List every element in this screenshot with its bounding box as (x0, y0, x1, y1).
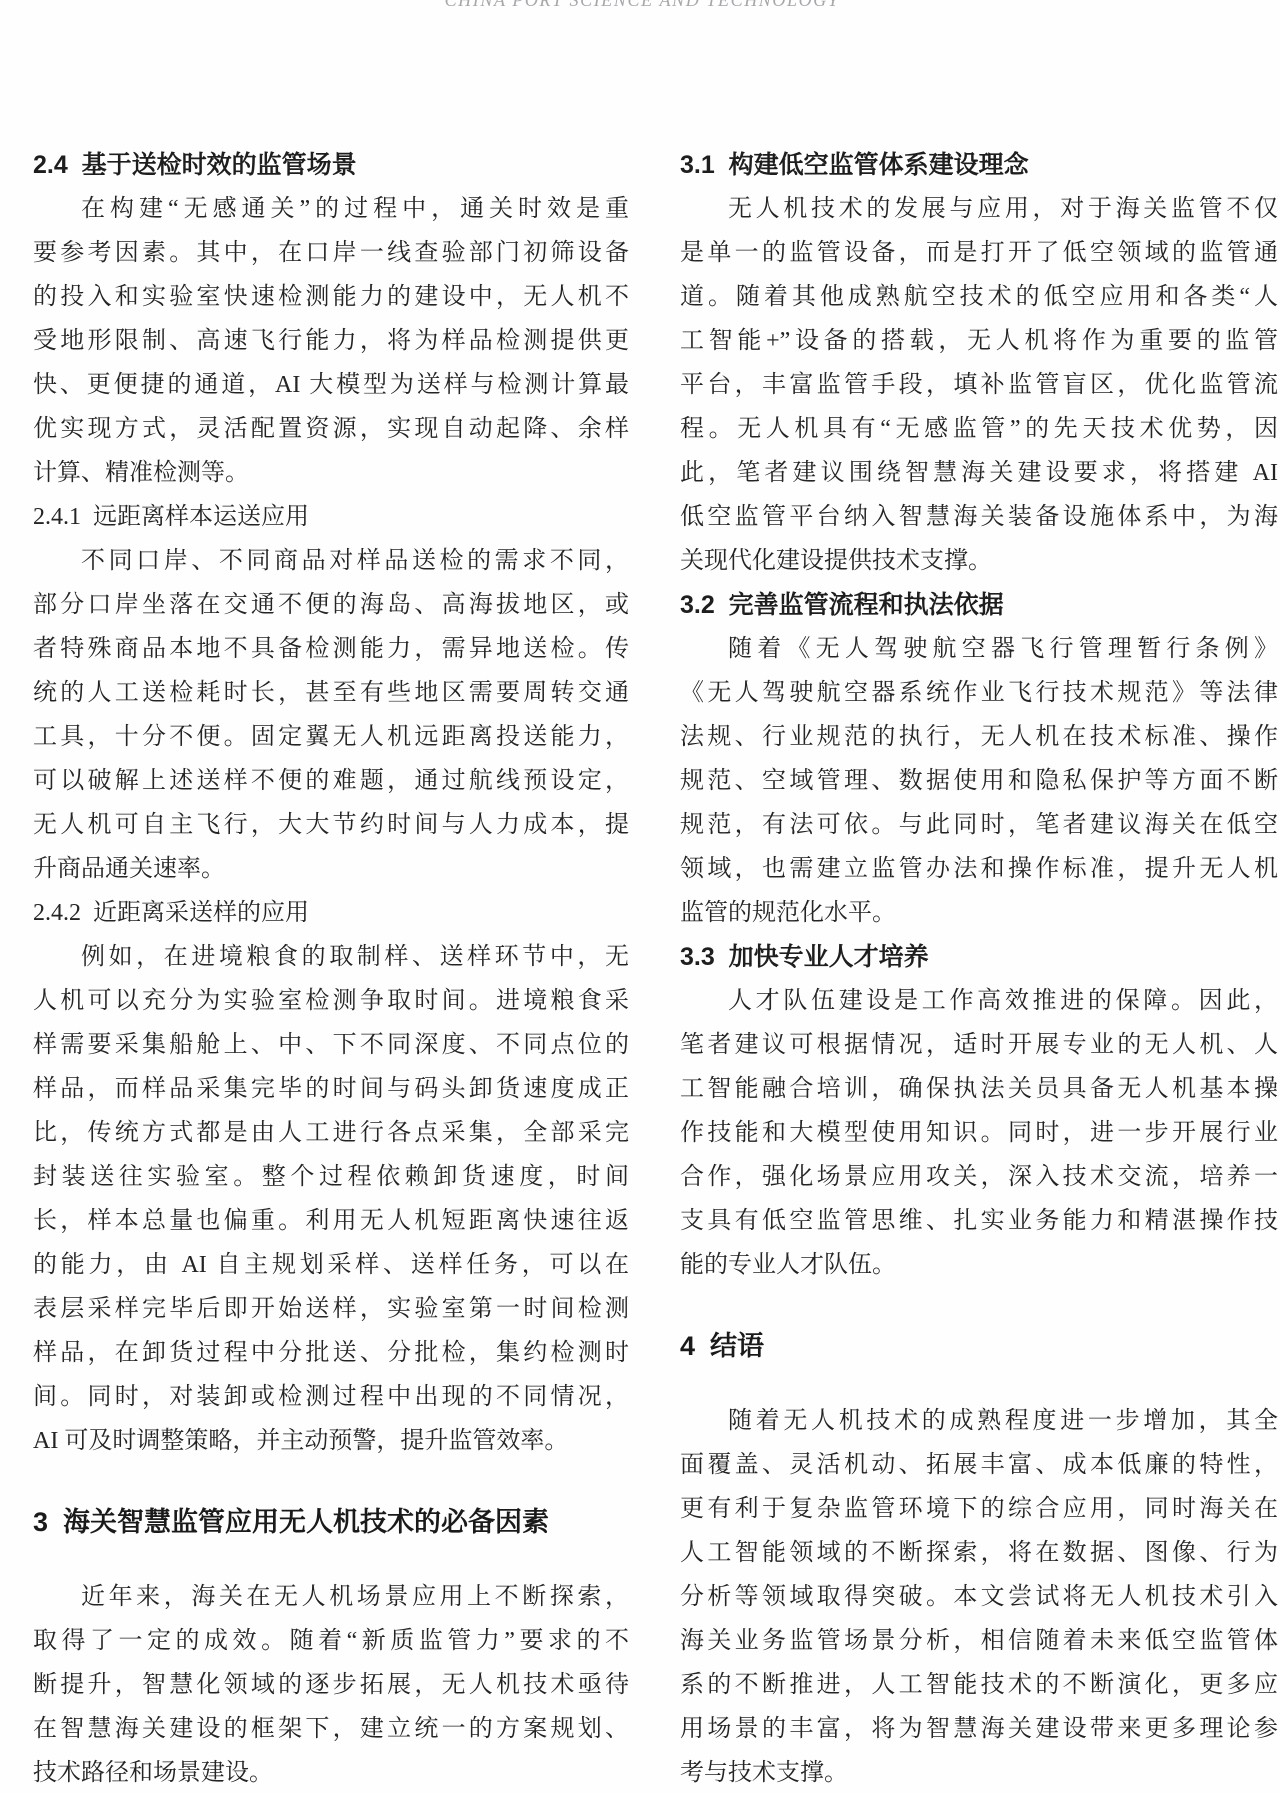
paragraph-3-3: 人才队伍建设是工作高效推进的保障。因此，笔者建议可根据情况，适时开展专业的无人机… (680, 979, 1278, 1287)
text-line: 长，样本总量也偏重。利用无人机短距离快速往返 (33, 1199, 629, 1243)
text-line: 法规、行业规范的执行，无人机在技术标准、操作 (680, 715, 1278, 759)
text-line: 工智能融合培训，确保执法关员具备无人机基本操 (680, 1067, 1278, 1111)
text-line: 能的专业人才队伍。 (680, 1243, 1278, 1287)
text-line: 计算、精准检测等。 (33, 451, 629, 495)
text-line: 样品，在卸货过程中分批送、分批检，集约检测时 (33, 1331, 629, 1375)
text-line: 更有利于复杂监管环境下的综合应用，同时海关在 (680, 1487, 1278, 1531)
text-line: 人机可以充分为实验室检测争取时间。进境粮食采 (33, 979, 629, 1023)
paragraph-section-4: 随着无人机技术的成熟程度进一步增加，其全面覆盖、灵活机动、拓展丰富、成本低廉的特… (680, 1399, 1278, 1793)
text-line: 低空监管平台纳入智慧海关装备设施体系中，为海 (680, 495, 1278, 539)
text-line: 比，传统方式都是由人工进行各点采集，全部采完 (33, 1111, 629, 1155)
text-line: 不同口岸、不同商品对样品送检的需求不同， (33, 539, 629, 583)
text-line: 可以破解上述送样不便的难题，通过航线预设定， (33, 759, 629, 803)
heading-2-4-1: 2.4.1 远距离样本运送应用 (33, 495, 629, 539)
text-line: 规范，有法可依。与此同时，笔者建议海关在低空 (680, 803, 1278, 847)
text-line: 近年来，海关在无人机场景应用上不断探索， (33, 1575, 629, 1619)
text-line: 人才队伍建设是工作高效推进的保障。因此， (680, 979, 1278, 1023)
text-line: 优实现方式，灵活配置资源，实现自动起降、余样 (33, 407, 629, 451)
left-column: 2.4 基于送检时效的监管场景 在构建“无感通关”的过程中，通关时效是重要参考因… (33, 0, 629, 1793)
text-line: 统的人工送检耗时长，甚至有些地区需要周转交通 (33, 671, 629, 715)
heading-2-4: 2.4 基于送检时效的监管场景 (33, 143, 629, 187)
text-line: 表层采样完毕后即开始送样，实验室第一时间检测 (33, 1287, 629, 1331)
heading-3-2: 3.2 完善监管流程和执法依据 (680, 583, 1278, 627)
paragraph-2-4-1: 不同口岸、不同商品对样品送检的需求不同，部分口岸坐落在交通不便的海岛、高海拔地区… (33, 539, 629, 891)
text-line: 考与技术支撑。 (680, 1751, 1278, 1793)
text-line: 监管的规范化水平。 (680, 891, 1278, 935)
text-line: 在构建“无感通关”的过程中，通关时效是重 (33, 187, 629, 231)
right-column: 3.1 构建低空监管体系建设理念 无人机技术的发展与应用，对于海关监管不仅是单一… (680, 0, 1278, 1793)
text-line: 受地形限制、高速飞行能力，将为样品检测提供更 (33, 319, 629, 363)
text-line: 者特殊商品本地不具备检测能力，需异地送检。传 (33, 627, 629, 671)
text-line: 关现代化建设提供技术支撑。 (680, 539, 1278, 583)
text-line: 规范、空域管理、数据使用和隐私保护等方面不断 (680, 759, 1278, 803)
text-line: 随着《无人驾驶航空器飞行管理暂行条例》 (680, 627, 1278, 671)
text-line: 要参考因素。其中，在口岸一线查验部门初筛设备 (33, 231, 629, 275)
text-line: 封装送往实验室。整个过程依赖卸货速度，时间 (33, 1155, 629, 1199)
text-line: 平台，丰富监管手段，填补监管盲区，优化监管流 (680, 363, 1278, 407)
text-line: 道。随着其他成熟航空技术的低空应用和各类“人 (680, 275, 1278, 319)
text-line: 用场景的丰富，将为智慧海关建设带来更多理论参 (680, 1707, 1278, 1751)
text-line: 分析等领域取得突破。本文尝试将无人机技术引入 (680, 1575, 1278, 1619)
text-line: 程。无人机具有“无感监管”的先天技术优势，因 (680, 407, 1278, 451)
text-line: 随着无人机技术的成熟程度进一步增加，其全 (680, 1399, 1278, 1443)
text-line: 快、更便捷的通道，AI 大模型为送样与检测计算最 (33, 363, 629, 407)
heading-2-4-2: 2.4.2 近距离采送样的应用 (33, 891, 629, 935)
heading-3-3: 3.3 加快专业人才培养 (680, 935, 1278, 979)
text-line: 《无人驾驶航空器系统作业飞行技术规范》等法律 (680, 671, 1278, 715)
text-line: 样品，而样品采集完毕的时间与码头卸货速度成正 (33, 1067, 629, 1111)
text-line: 领域，也需建立监管办法和操作标准，提升无人机 (680, 847, 1278, 891)
text-line: 取得了一定的成效。随着“新质监管力”要求的不 (33, 1619, 629, 1663)
text-line: 是单一的监管设备，而是打开了低空领域的监管通 (680, 231, 1278, 275)
text-line: 例如，在进境粮食的取制样、送样环节中，无 (33, 935, 629, 979)
text-line: 工具，十分不便。固定翼无人机远距离投送能力， (33, 715, 629, 759)
text-line: 无人机可自主飞行，大大节约时间与人力成本，提 (33, 803, 629, 847)
text-line: 工智能+”设备的搭载，无人机将作为重要的监管 (680, 319, 1278, 363)
paragraph-3-2: 随着《无人驾驶航空器飞行管理暂行条例》《无人驾驶航空器系统作业飞行技术规范》等法… (680, 627, 1278, 935)
text-line: 断提升，智慧化领域的逐步拓展，无人机技术亟待 (33, 1663, 629, 1707)
text-line: 样需要采集船舱上、中、下不同深度、不同点位的 (33, 1023, 629, 1067)
text-line: 的投入和实验室快速检测能力的建设中，无人机不 (33, 275, 629, 319)
text-line: 笔者建议可根据情况，适时开展专业的无人机、人 (680, 1023, 1278, 1067)
text-line: 的能力，由 AI 自主规划采样、送样任务，可以在 (33, 1243, 629, 1287)
text-line: 部分口岸坐落在交通不便的海岛、高海拔地区，或 (33, 583, 629, 627)
text-line: 海关业务监管场景分析，相信随着未来低空监管体 (680, 1619, 1278, 1663)
text-line: 无人机技术的发展与应用，对于海关监管不仅 (680, 187, 1278, 231)
text-line: 此，笔者建议围绕智慧海关建设要求，将搭建 AI (680, 451, 1278, 495)
text-line: 面覆盖、灵活机动、拓展丰富、成本低廉的特性， (680, 1443, 1278, 1487)
text-line: 作技能和大模型使用知识。同时，进一步开展行业 (680, 1111, 1278, 1155)
text-line: 合作，强化场景应用攻关，深入技术交流，培养一 (680, 1155, 1278, 1199)
paragraph-2-4-2: 例如，在进境粮食的取制样、送样环节中，无人机可以充分为实验室检测争取时间。进境粮… (33, 935, 629, 1463)
heading-section-3: 3 海关智慧监管应用无人机技术的必备因素 (33, 1499, 629, 1545)
text-line: 人工智能领域的不断探索，将在数据、图像、行为 (680, 1531, 1278, 1575)
paragraph-3-1: 无人机技术的发展与应用，对于海关监管不仅是单一的监管设备，而是打开了低空领域的监… (680, 187, 1278, 583)
scanned-journal-page: { "page": { "running_header": "CHINA POR… (0, 0, 1280, 1793)
text-line: 技术路径和场景建设。 (33, 1751, 629, 1793)
text-line: 间。同时，对装卸或检测过程中出现的不同情况， (33, 1375, 629, 1419)
heading-section-4: 4 结语 (680, 1323, 1278, 1369)
text-line: 系的不断推进，人工智能技术的不断演化，更多应 (680, 1663, 1278, 1707)
heading-3-1: 3.1 构建低空监管体系建设理念 (680, 143, 1278, 187)
text-line: AI 可及时调整策略，并主动预警，提升监管效率。 (33, 1419, 629, 1463)
text-line: 在智慧海关建设的框架下，建立统一的方案规划、 (33, 1707, 629, 1751)
text-line: 支具有低空监管思维、扎实业务能力和精湛操作技 (680, 1199, 1278, 1243)
text-line: 升商品通关速率。 (33, 847, 629, 891)
paragraph-2-4: 在构建“无感通关”的过程中，通关时效是重要参考因素。其中，在口岸一线查验部门初筛… (33, 187, 629, 495)
paragraph-section-3: 近年来，海关在无人机场景应用上不断探索，取得了一定的成效。随着“新质监管力”要求… (33, 1575, 629, 1793)
